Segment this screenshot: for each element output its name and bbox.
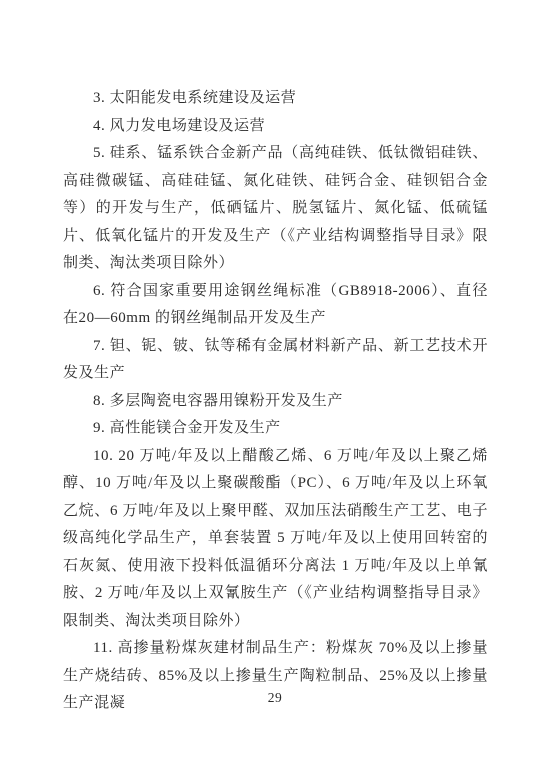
list-item-3: 3. 太阳能发电系统建设及运营 [63,85,488,113]
page-number: 29 [0,690,550,706]
list-item-6: 6. 符合国家重要用途钢丝绳标准（GB8918-2006）、直径在20—60mm… [63,278,488,333]
list-item-10: 10. 20 万吨/年及以上醋酸乙烯、6 万吨/年及以上聚乙烯醇、10 万吨/年… [63,443,488,636]
list-item-7: 7. 钽、铌、铍、钛等稀有金属材料新产品、新工艺技术开发及生产 [63,333,488,388]
list-item-5: 5. 硅系、锰系铁合金新产品（高纯硅铁、低钛微铝硅铁、高硅微碳锰、高硅硅锰、氮化… [63,140,488,278]
list-item-9: 9. 高性能镁合金开发及生产 [63,415,488,443]
document-page: 3. 太阳能发电系统建设及运营 4. 风力发电场建设及运营 5. 硅系、锰系铁合… [0,0,550,777]
list-item-4: 4. 风力发电场建设及运营 [63,113,488,141]
list-item-8: 8. 多层陶瓷电容器用镍粉开发及生产 [63,388,488,416]
